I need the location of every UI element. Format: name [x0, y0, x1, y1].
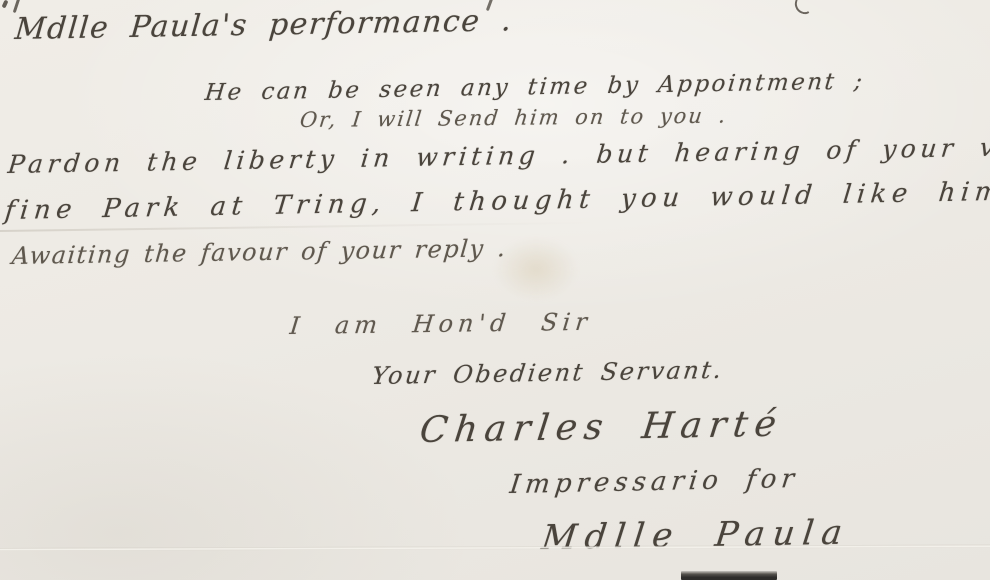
- letter-line-i-am: I am Hon'd Sir: [288, 308, 593, 340]
- letter-line-performance: Mdlle Paula's performance .: [13, 3, 514, 47]
- letter-line-impressario: Impressario for: [508, 464, 800, 500]
- letter-line-obedient-servant: Your Obedient Servant.: [370, 356, 725, 390]
- letter-line-pardon: Pardon the liberty in writing . but hear…: [6, 132, 990, 179]
- letter-line-awaiting: Awaiting the favour of your reply .: [11, 234, 508, 270]
- ink-fragment: [2, 0, 9, 8]
- cropped-dark-object: [681, 571, 777, 580]
- letter-line-send-him: Or, I will Send him on to you .: [299, 104, 729, 133]
- letter-line-seen-anytime: He can be seen any time by Appointment ;: [204, 68, 866, 106]
- ink-fragment-g-loop: [793, 0, 817, 16]
- letter-line-fine-park: fine Park at Tring, I thought you would …: [3, 177, 990, 226]
- letter-line-mdlle-paula: Mdlle Paula: [540, 513, 853, 558]
- letter-signature: Charles Harté: [417, 404, 785, 451]
- letter-document: Mdlle Paula's performance . He can be se…: [0, 0, 990, 580]
- paper-stain: [495, 238, 577, 300]
